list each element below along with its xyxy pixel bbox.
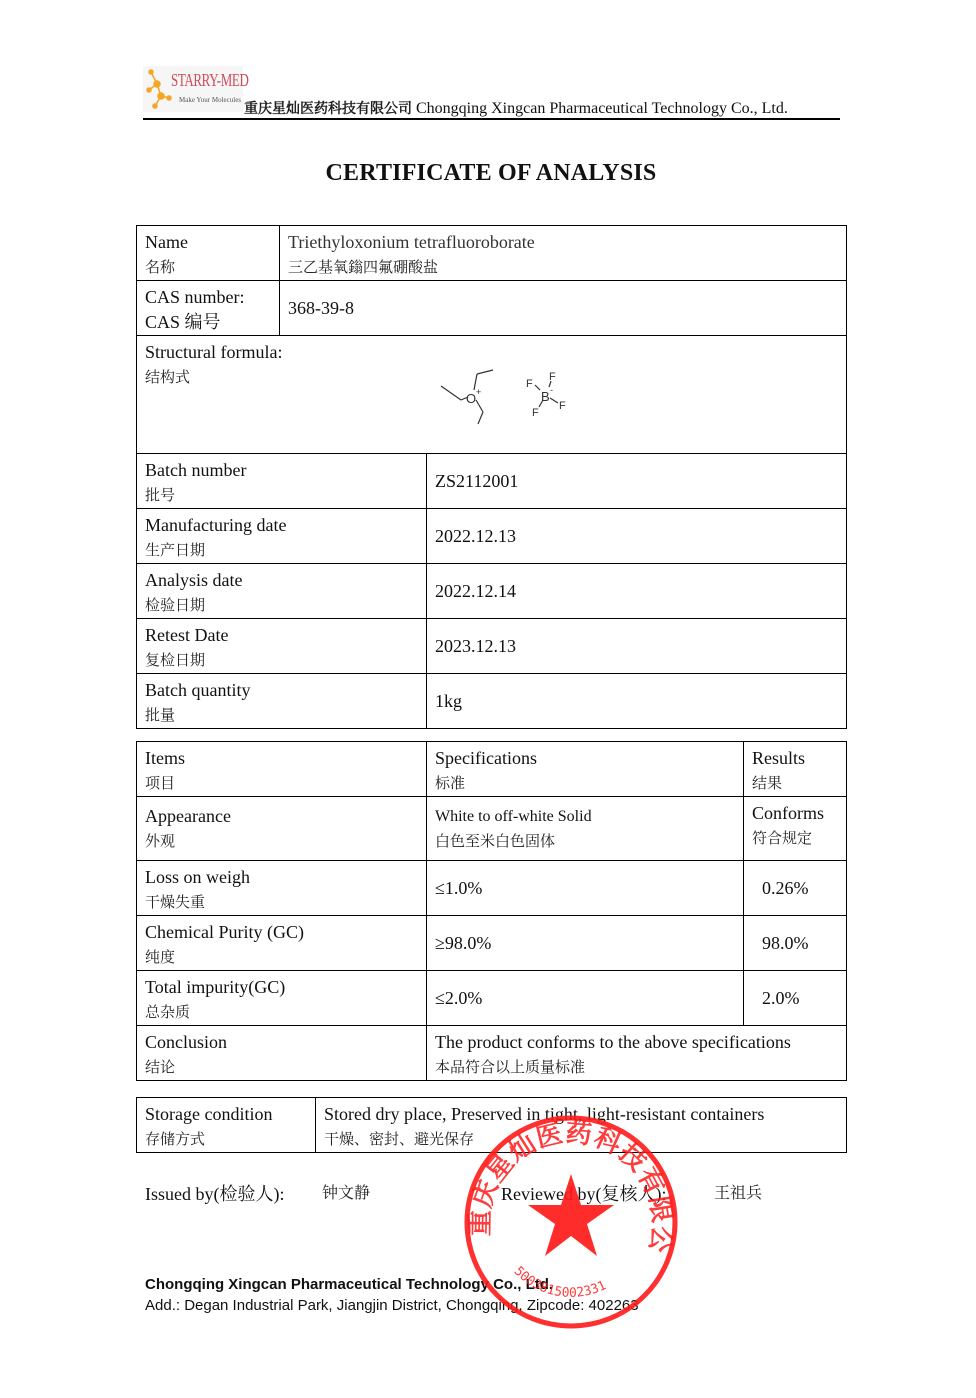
- batch-label-cell: Batch number 批号: [137, 454, 427, 509]
- document-title: CERTIFICATE OF ANALYSIS: [0, 160, 976, 187]
- batch-label-cn: 批量: [145, 703, 418, 728]
- name-label-cell: Name 名称: [137, 226, 280, 281]
- batch-label: Batch number: [145, 458, 418, 483]
- batch-label: Retest Date: [145, 623, 418, 648]
- reviewed-by-name: 王祖兵: [714, 1180, 762, 1203]
- product-name: Triethyloxonium tetrafluoroborate: [288, 230, 838, 255]
- batch-label-cell: Manufacturing date 生产日期: [137, 509, 427, 564]
- logo-brand: STARRY-MED: [171, 70, 248, 91]
- reviewed-by-label: Reviewed by(复核人):: [501, 1180, 666, 1206]
- svg-text:+: +: [476, 387, 481, 397]
- svg-text:-: -: [550, 385, 553, 395]
- spec-cell: ≤2.0%: [427, 971, 744, 1026]
- item-cell: Loss on weigh干燥失重: [137, 861, 427, 916]
- product-name-cn: 三乙基氧鎓四氟硼酸盐: [288, 255, 838, 280]
- product-info-table: Name 名称 Triethyloxonium tetrafluoroborat…: [136, 225, 847, 729]
- spec-cell: ≥98.0%: [427, 916, 744, 971]
- footer-address: Add.: Degan Industrial Park, Jiangjin Di…: [145, 1297, 639, 1314]
- issued-by-name: 钟文静: [322, 1180, 370, 1203]
- cas-row: CAS number: CAS 编号 368-39-8: [137, 281, 847, 336]
- cas-label-cn: CAS 编号: [145, 310, 271, 335]
- table-row: Total impurity(GC)总杂质 ≤2.0% 2.0%: [137, 971, 847, 1026]
- cas-label: CAS number:: [145, 285, 271, 310]
- svg-text:F: F: [559, 400, 566, 412]
- batch-label-cell: Batch quantity 批量: [137, 674, 427, 729]
- test-results-table: Items项目 Specifications标准 Results结果 Appea…: [136, 741, 847, 1081]
- batch-label: Analysis date: [145, 568, 418, 593]
- structural-formula-image: O + B - F F F F: [433, 362, 583, 432]
- logo-tagline: Make Your Molecules: [179, 96, 241, 104]
- batch-row: Manufacturing date 生产日期 2022.12.13: [137, 509, 847, 564]
- svg-text:F: F: [526, 378, 533, 390]
- storage-value-cell: Stored dry place, Preserved in tight, li…: [316, 1098, 847, 1153]
- header-divider: [143, 118, 840, 120]
- storage-row: Storage condition存储方式 Stored dry place, …: [137, 1098, 847, 1153]
- svg-text:F: F: [532, 407, 539, 419]
- company-name-en: Chongqing Xingcan Pharmaceutical Technol…: [416, 100, 788, 117]
- svg-text:B: B: [541, 389, 550, 404]
- batch-row: Batch quantity 批量 1kg: [137, 674, 847, 729]
- spec-cell: ≤1.0%: [427, 861, 744, 916]
- svg-text:F: F: [549, 371, 556, 383]
- result-cell: 2.0%: [744, 971, 847, 1026]
- result-cell: 0.26%: [744, 861, 847, 916]
- company-name-cn: 重庆星灿医药科技有限公司: [244, 101, 412, 117]
- storage-label-cell: Storage condition存储方式: [137, 1098, 316, 1153]
- cas-label-cell: CAS number: CAS 编号: [137, 281, 280, 336]
- result-cell: Conforms符合规定: [744, 797, 847, 861]
- name-value-cell: Triethyloxonium tetrafluoroborate 三乙基氧鎓四…: [280, 226, 847, 281]
- batch-value: 2023.12.13: [427, 619, 847, 674]
- batch-row: Retest Date 复检日期 2023.12.13: [137, 619, 847, 674]
- batch-row: Analysis date 检验日期 2022.12.14: [137, 564, 847, 619]
- table-row: Loss on weigh干燥失重 ≤1.0% 0.26%: [137, 861, 847, 916]
- name-row: Name 名称 Triethyloxonium tetrafluoroborat…: [137, 226, 847, 281]
- table-row: Appearance外观 White to off-white Solid白色至…: [137, 797, 847, 861]
- structure-row: Structural formula: 结构式 O +: [137, 336, 847, 454]
- batch-label-cn: 批号: [145, 483, 418, 508]
- cas-number: 368-39-8: [280, 281, 847, 336]
- result-cell: 98.0%: [744, 916, 847, 971]
- svg-text:O: O: [466, 391, 476, 406]
- item-cell: Appearance外观: [137, 797, 427, 861]
- name-label: Name: [145, 230, 271, 255]
- batch-row: Batch number 批号 ZS2112001: [137, 454, 847, 509]
- batch-value: 1kg: [427, 674, 847, 729]
- footer-company: Chongqing Xingcan Pharmaceutical Technol…: [145, 1276, 553, 1293]
- batch-value: 2022.12.14: [427, 564, 847, 619]
- header-specifications: Specifications标准: [427, 742, 744, 797]
- item-cell: Chemical Purity (GC)纯度: [137, 916, 427, 971]
- conclusion-row: Conclusion结论 The product conforms to the…: [137, 1026, 847, 1081]
- name-label-cn: 名称: [145, 255, 271, 280]
- header-items: Items项目: [137, 742, 427, 797]
- spec-cell: White to off-white Solid白色至米白色固体: [427, 797, 744, 861]
- structure-cell: Structural formula: 结构式 O +: [137, 336, 847, 454]
- batch-label: Batch quantity: [145, 678, 418, 703]
- table-row: Chemical Purity (GC)纯度 ≥98.0% 98.0%: [137, 916, 847, 971]
- storage-table: Storage condition存储方式 Stored dry place, …: [136, 1097, 847, 1153]
- company-header: 重庆星灿医药科技有限公司 Chongqing Xingcan Pharmaceu…: [244, 98, 788, 118]
- table-header-row: Items项目 Specifications标准 Results结果: [137, 742, 847, 797]
- batch-label-cn: 检验日期: [145, 593, 418, 618]
- batch-label-cell: Retest Date 复检日期: [137, 619, 427, 674]
- batch-label-cn: 生产日期: [145, 538, 418, 563]
- item-cell: Total impurity(GC)总杂质: [137, 971, 427, 1026]
- batch-value: ZS2112001: [427, 454, 847, 509]
- issued-by-label: Issued by(检验人):: [145, 1180, 284, 1206]
- batch-label-cn: 复检日期: [145, 648, 418, 673]
- batch-label-cell: Analysis date 检验日期: [137, 564, 427, 619]
- batch-label: Manufacturing date: [145, 513, 418, 538]
- molecule-logo-icon: [145, 66, 173, 112]
- conclusion-value-cell: The product conforms to the above specif…: [427, 1026, 847, 1081]
- batch-value: 2022.12.13: [427, 509, 847, 564]
- company-logo: STARRY-MED Make Your Molecules: [143, 66, 243, 112]
- conclusion-label-cell: Conclusion结论: [137, 1026, 427, 1081]
- header-results: Results结果: [744, 742, 847, 797]
